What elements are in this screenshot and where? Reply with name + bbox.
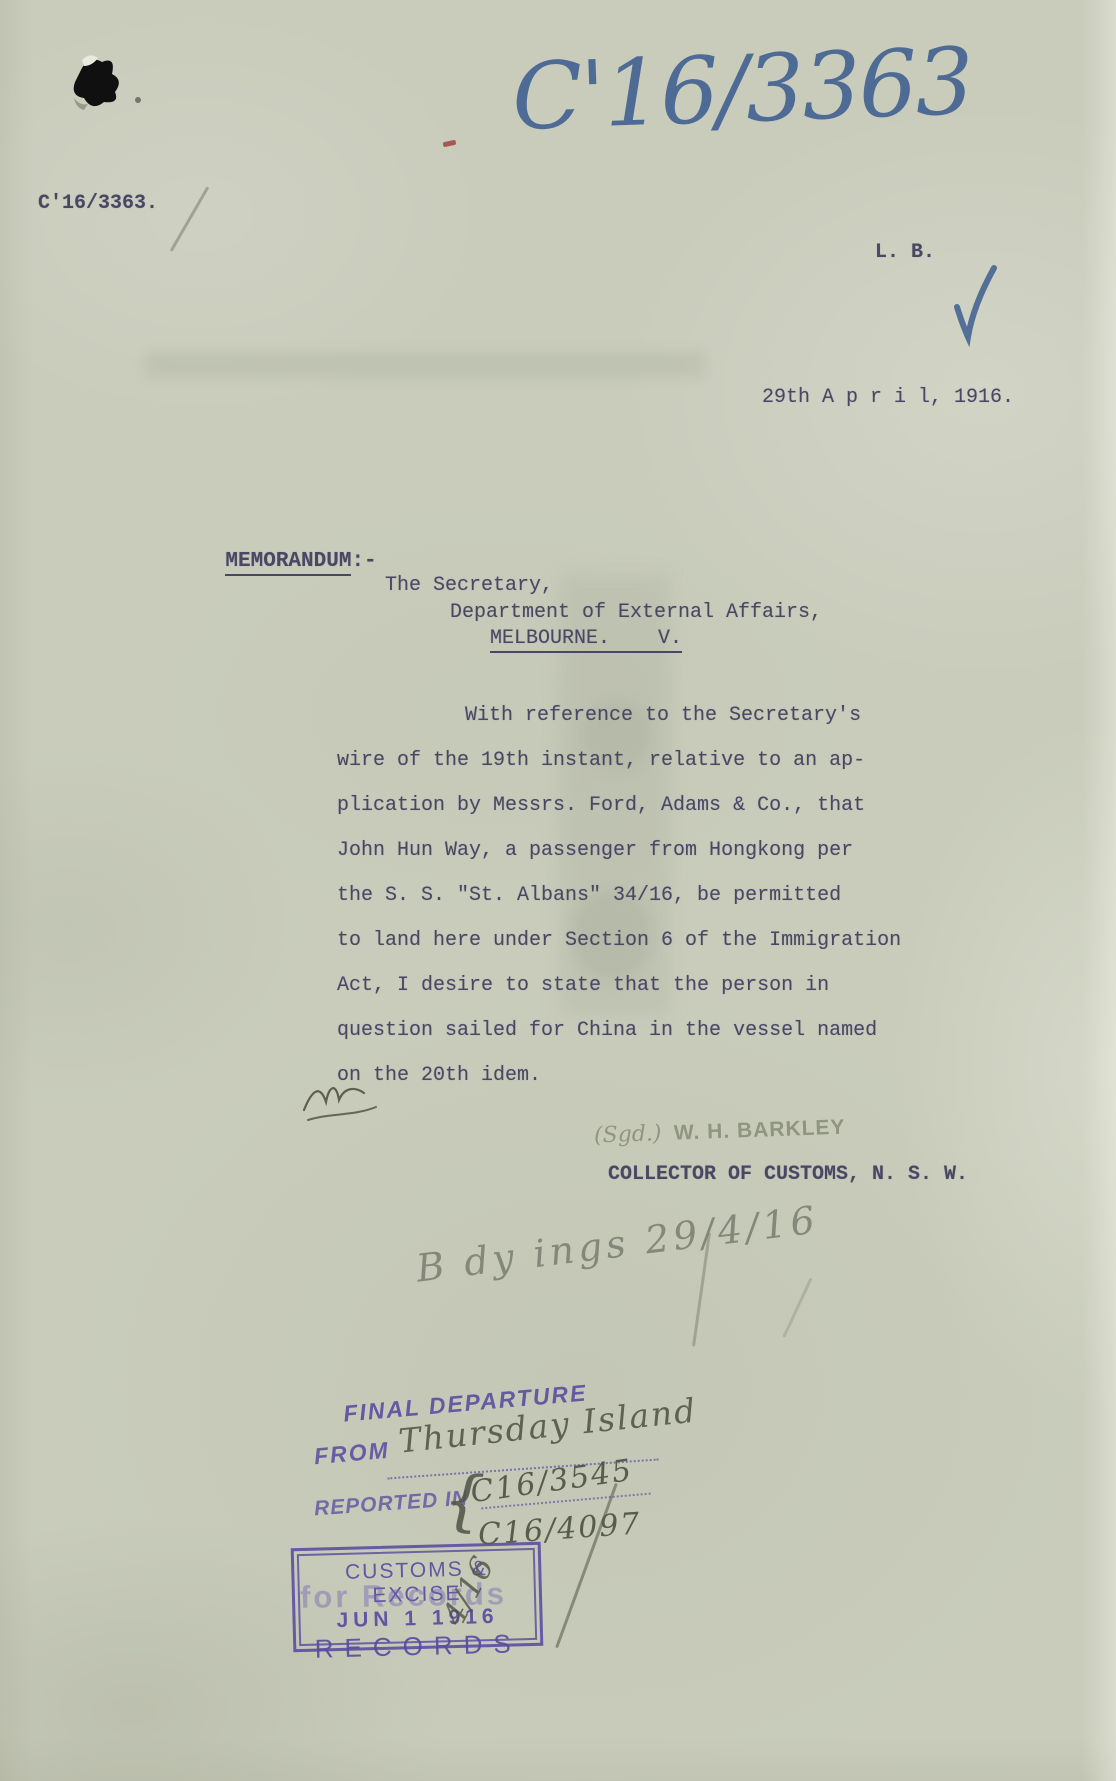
handwritten-file-number: C'16/3363 xyxy=(510,28,973,151)
memorandum-word: MEMORANDUM xyxy=(225,550,351,576)
pencil-slash-filenumber xyxy=(170,186,209,251)
body-line: John Hun Way, a passenger from Hongkong … xyxy=(337,828,937,873)
ink-blot xyxy=(58,50,150,128)
body-line: plication by Messrs. Ford, Adams & Co., … xyxy=(337,783,937,828)
body-line: Act, I desire to state that the person i… xyxy=(337,963,937,1008)
body-line: wire of the 19th instant, relative to an… xyxy=(337,738,937,783)
signature-stamp: (Sgd.) W. H. BARKLEY xyxy=(594,1115,846,1149)
sgd-label: (Sgd.) xyxy=(594,1121,662,1148)
initials-lb: L. B. xyxy=(875,241,935,264)
signature-title: COLLECTOR OF CUSTOMS, N. S. W. xyxy=(608,1163,968,1186)
records-stamp-line-3: RECORDS xyxy=(301,1628,536,1665)
from-label: FROM xyxy=(313,1437,391,1470)
body-line: on the 20th idem. xyxy=(337,1053,937,1098)
memorandum-heading: MEMORANDUM:- xyxy=(175,527,377,596)
red-mark xyxy=(443,140,457,148)
body-line: With reference to the Secretary's xyxy=(337,693,937,738)
checkmark-icon xyxy=(950,262,1000,347)
date-line: 29th A p r i l, 1916. xyxy=(762,386,1014,409)
body-line: the S. S. "St. Albans" 34/16, be permitt… xyxy=(337,873,937,918)
addressee-line-3: MELBOURNE. V. xyxy=(490,627,682,653)
signatory-name: W. H. BARKLEY xyxy=(673,1116,845,1145)
body-line: to land here under Section 6 of the Immi… xyxy=(337,918,937,963)
addressee-line-1: The Secretary, xyxy=(385,574,553,597)
memo-body: With reference to the Secretary's wire o… xyxy=(337,693,937,1098)
document-page: C'16/3363 C'16/3363. L. B. 29th A p r i … xyxy=(0,0,1116,1781)
pencil-stroke-long xyxy=(555,1483,617,1648)
typed-file-number: C'16/3363. xyxy=(38,192,158,215)
body-line: question sailed for China in the vessel … xyxy=(337,1008,937,1053)
bleed-through-band xyxy=(145,352,705,378)
pencil-note: B dy ings 29/4/16 xyxy=(414,1197,821,1290)
initials-scribble xyxy=(298,1078,388,1128)
addressee-line-2: Department of External Affairs, xyxy=(450,601,822,624)
memorandum-suffix: :- xyxy=(351,550,376,573)
pencil-stroke-faint xyxy=(782,1278,812,1338)
